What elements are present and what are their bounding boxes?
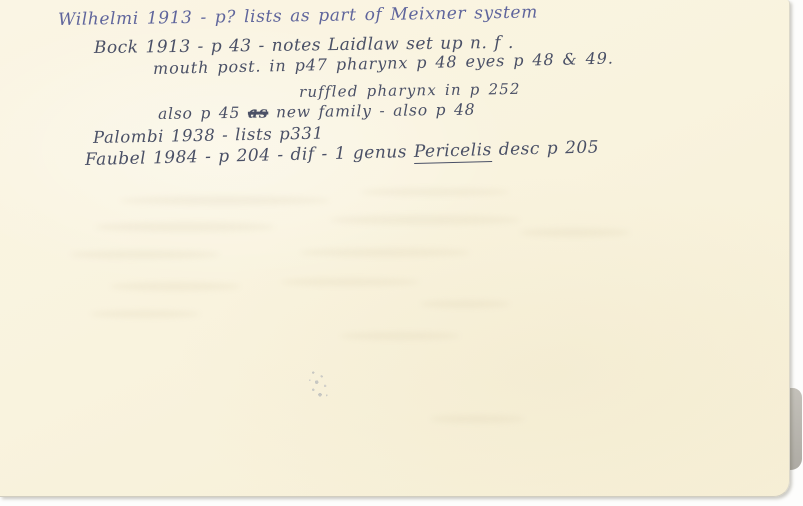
bleedthrough-smudge — [430, 415, 525, 423]
bleedthrough-smudge — [120, 196, 330, 205]
line-new-family-pre: also p 45 — [158, 104, 248, 123]
ink-stain — [303, 365, 337, 403]
bleedthrough-smudge — [280, 278, 420, 286]
bleedthrough-smudge — [110, 282, 240, 291]
bleedthrough-smudge — [95, 222, 275, 232]
line-new-family-post: new family - also p 48 — [268, 101, 475, 122]
bleedthrough-smudge — [70, 250, 220, 259]
bleedthrough-smudge — [300, 248, 470, 257]
bleedthrough-smudge — [420, 300, 510, 308]
bleedthrough-smudge — [520, 228, 630, 237]
scanned-page: Wilhelmi 1913 - p? lists as part of Meix… — [0, 0, 803, 506]
bleedthrough-smudge — [330, 215, 520, 225]
bleedthrough-smudge — [90, 310, 200, 318]
handwritten-line-wilhelmi: Wilhelmi 1913 - p? lists as part of Meix… — [58, 2, 538, 30]
strikethrough-word: as — [248, 102, 269, 121]
line-faubel-post: desc p 205 — [492, 137, 600, 160]
underlined-genus-pericelis: Pericelis — [414, 140, 492, 164]
handwritten-line-ruffled-pharynx: ruffled pharynx in p 252 — [299, 80, 521, 101]
bleedthrough-smudge — [340, 332, 460, 340]
bleedthrough-smudge — [360, 188, 510, 196]
handwritten-line-palombi: Palombi 1938 - lists p331 — [93, 124, 324, 147]
index-card: Wilhelmi 1913 - p? lists as part of Meix… — [0, 0, 790, 497]
handwritten-line-new-family: also p 45 as new family - also p 48 — [158, 100, 476, 123]
